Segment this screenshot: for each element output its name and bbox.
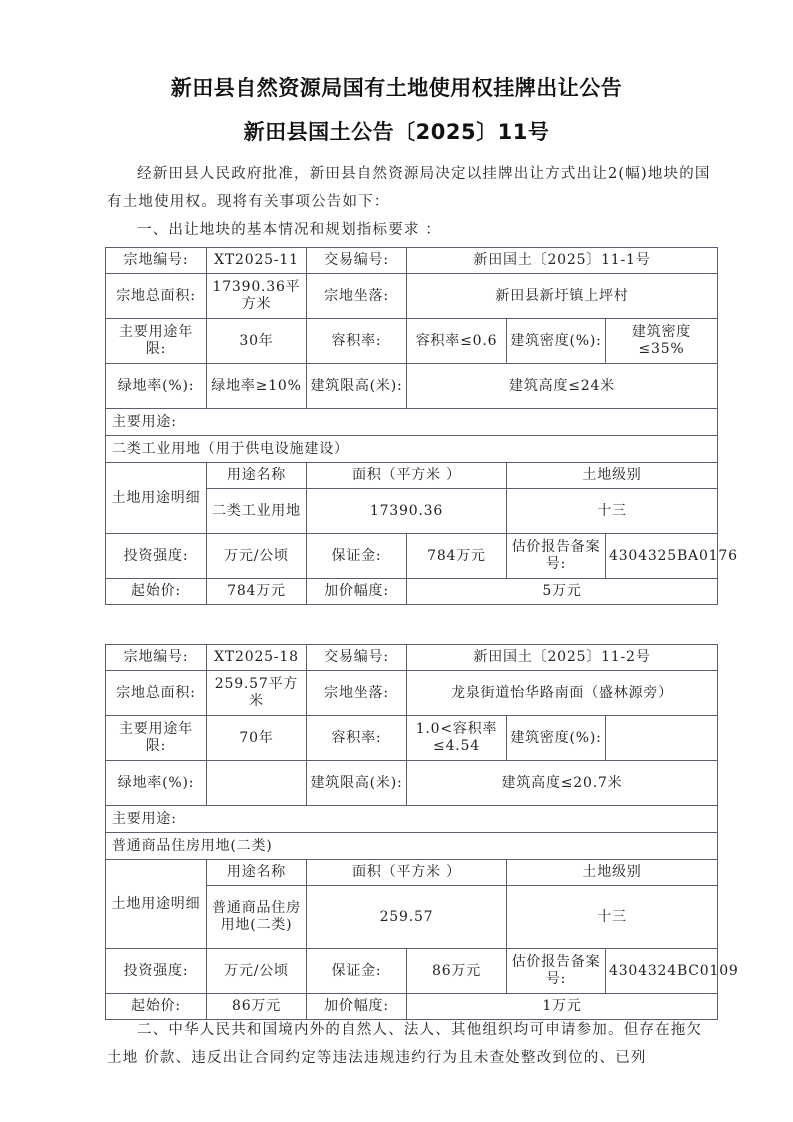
grade-value: 十三 bbox=[507, 489, 718, 534]
start-price-value: 784万元 bbox=[207, 579, 307, 605]
table-row: 主要用途年限: 30年 容积率: 容积率≤0.6 建筑密度(%): 建筑密度≤3… bbox=[106, 319, 718, 364]
deposit-value: 86万元 bbox=[407, 949, 507, 994]
table-row: 投资强度: 万元/公顷 保证金: 784万元 估价报告备案号: 4304325B… bbox=[106, 534, 718, 579]
far-value: 1.0<容积率≤4.54 bbox=[407, 716, 507, 761]
label-parcel-no: 宗地编号: bbox=[106, 248, 207, 274]
label-height-limit: 建筑限高(米): bbox=[307, 364, 407, 409]
label-area-sqm: 面积（平方米 ） bbox=[307, 860, 507, 886]
deposit-value: 784万元 bbox=[407, 534, 507, 579]
appraisal-no-value: 4304325BA0176 bbox=[606, 534, 718, 579]
label-deposit: 保证金: bbox=[307, 949, 407, 994]
parcel-table-2: 宗地编号: XT2025-18 交易编号: 新田国土〔2025〕11-2号 宗地… bbox=[105, 644, 718, 1020]
parcel-no-value: XT2025-18 bbox=[207, 645, 307, 671]
label-trade-no: 交易编号: bbox=[307, 645, 407, 671]
far-value: 容积率≤0.6 bbox=[407, 319, 507, 364]
parcel-no-value: XT2025-11 bbox=[207, 248, 307, 274]
table-row: 普通商品住房用地(二类) bbox=[106, 833, 718, 860]
table-row: 主要用途: bbox=[106, 806, 718, 833]
table-row: 宗地总面积: 17390.36平方米 宗地坐落: 新田县新圩镇上坪村 bbox=[106, 274, 718, 319]
density-value bbox=[606, 716, 718, 761]
table-row: 土地用途明细 用途名称 面积（平方米 ） 土地级别 bbox=[106, 860, 718, 886]
label-invest: 投资强度: bbox=[106, 534, 207, 579]
main-use-value: 二类工业用地（用于供电设施建设） bbox=[106, 436, 718, 463]
trade-no-value: 新田国土〔2025〕11-2号 bbox=[407, 645, 718, 671]
label-use-detail: 土地用途明细 bbox=[106, 860, 207, 949]
table-row: 主要用途年限: 70年 容积率: 1.0<容积率≤4.54 建筑密度(%): bbox=[106, 716, 718, 761]
label-appraisal-no: 估价报告备案号: bbox=[507, 534, 606, 579]
table-row: 绿地率(%): 建筑限高(米): 建筑高度≤20.7米 bbox=[106, 761, 718, 806]
label-main-use: 主要用途: bbox=[106, 409, 718, 436]
label-deposit: 保证金: bbox=[307, 534, 407, 579]
table-row: 土地用途明细 用途名称 面积（平方米 ） 土地级别 bbox=[106, 463, 718, 489]
label-use-name: 用途名称 bbox=[207, 463, 307, 489]
label-increment: 加价幅度: bbox=[307, 579, 407, 605]
table-row: 宗地编号: XT2025-11 交易编号: 新田国土〔2025〕11-1号 bbox=[106, 248, 718, 274]
label-height-limit: 建筑限高(米): bbox=[307, 761, 407, 806]
label-total-area: 宗地总面积: bbox=[106, 274, 207, 319]
label-green: 绿地率(%): bbox=[106, 761, 207, 806]
table-row: 主要用途: bbox=[106, 409, 718, 436]
location-value: 龙泉街道怡华路南面（盛林源旁） bbox=[407, 671, 718, 716]
label-use-detail: 土地用途明细 bbox=[106, 463, 207, 534]
height-limit-value: 建筑高度≤24米 bbox=[407, 364, 718, 409]
area-value: 259.57 bbox=[307, 886, 507, 949]
table-row: 起始价: 784万元 加价幅度: 5万元 bbox=[106, 579, 718, 605]
label-term: 主要用途年限: bbox=[106, 319, 207, 364]
grade-value: 十三 bbox=[507, 886, 718, 949]
label-main-use: 主要用途: bbox=[106, 806, 718, 833]
label-land-grade: 土地级别 bbox=[507, 463, 718, 489]
table-row: 二类工业用地（用于供电设施建设） bbox=[106, 436, 718, 463]
table-row: 投资强度: 万元/公顷 保证金: 86万元 估价报告备案号: 4304324BC… bbox=[106, 949, 718, 994]
table-row: 宗地编号: XT2025-18 交易编号: 新田国土〔2025〕11-2号 bbox=[106, 645, 718, 671]
location-value: 新田县新圩镇上坪村 bbox=[407, 274, 718, 319]
document-number: 新田县国土公告〔2025〕11号 bbox=[0, 116, 793, 146]
section2-paragraph: 二、中华人民共和国境内外的自然人、法人、其他组织均可申请参加。但存在拖欠土地 价… bbox=[107, 1016, 717, 1072]
document-title: 新田县自然资源局国有土地使用权挂牌出让公告 bbox=[0, 72, 793, 102]
label-trade-no: 交易编号: bbox=[307, 248, 407, 274]
invest-value: 万元/公顷 bbox=[207, 534, 307, 579]
parcel-table-1: 宗地编号: XT2025-11 交易编号: 新田国土〔2025〕11-1号 宗地… bbox=[105, 247, 718, 605]
label-far: 容积率: bbox=[307, 716, 407, 761]
height-limit-value: 建筑高度≤20.7米 bbox=[407, 761, 718, 806]
label-appraisal-no: 估价报告备案号: bbox=[507, 949, 606, 994]
use-name-value: 普通商品住房用地(二类) bbox=[207, 886, 307, 949]
label-far: 容积率: bbox=[307, 319, 407, 364]
green-value bbox=[207, 761, 307, 806]
trade-no-value: 新田国土〔2025〕11-1号 bbox=[407, 248, 718, 274]
term-value: 70年 bbox=[207, 716, 307, 761]
label-use-name: 用途名称 bbox=[207, 860, 307, 886]
label-total-area: 宗地总面积: bbox=[106, 671, 207, 716]
table-row: 绿地率(%): 绿地率≥10% 建筑限高(米): 建筑高度≤24米 bbox=[106, 364, 718, 409]
density-value: 建筑密度≤35% bbox=[606, 319, 718, 364]
label-location: 宗地坐落: bbox=[307, 274, 407, 319]
label-location: 宗地坐落: bbox=[307, 671, 407, 716]
label-invest: 投资强度: bbox=[106, 949, 207, 994]
term-value: 30年 bbox=[207, 319, 307, 364]
intro-paragraph: 经新田县人民政府批准，新田县自然资源局决定以挂牌出让方式出让2(幅)地块的国有土… bbox=[107, 160, 717, 216]
label-start-price: 起始价: bbox=[106, 579, 207, 605]
increment-value: 5万元 bbox=[407, 579, 718, 605]
main-use-value: 普通商品住房用地(二类) bbox=[106, 833, 718, 860]
label-density: 建筑密度(%): bbox=[507, 319, 606, 364]
label-parcel-no: 宗地编号: bbox=[106, 645, 207, 671]
label-term: 主要用途年限: bbox=[106, 716, 207, 761]
invest-value: 万元/公顷 bbox=[207, 949, 307, 994]
green-value: 绿地率≥10% bbox=[207, 364, 307, 409]
label-density: 建筑密度(%): bbox=[507, 716, 606, 761]
section1-heading: 一、出让地块的基本情况和规划指标要求 ： bbox=[107, 216, 717, 244]
label-area-sqm: 面积（平方米 ） bbox=[307, 463, 507, 489]
total-area-value: 17390.36平方米 bbox=[207, 274, 307, 319]
appraisal-no-value: 4304324BC0109 bbox=[606, 949, 718, 994]
use-name-value: 二类工业用地 bbox=[207, 489, 307, 534]
area-value: 17390.36 bbox=[307, 489, 507, 534]
label-land-grade: 土地级别 bbox=[507, 860, 718, 886]
table-row: 宗地总面积: 259.57平方米 宗地坐落: 龙泉街道怡华路南面（盛林源旁） bbox=[106, 671, 718, 716]
total-area-value: 259.57平方米 bbox=[207, 671, 307, 716]
label-green: 绿地率(%): bbox=[106, 364, 207, 409]
